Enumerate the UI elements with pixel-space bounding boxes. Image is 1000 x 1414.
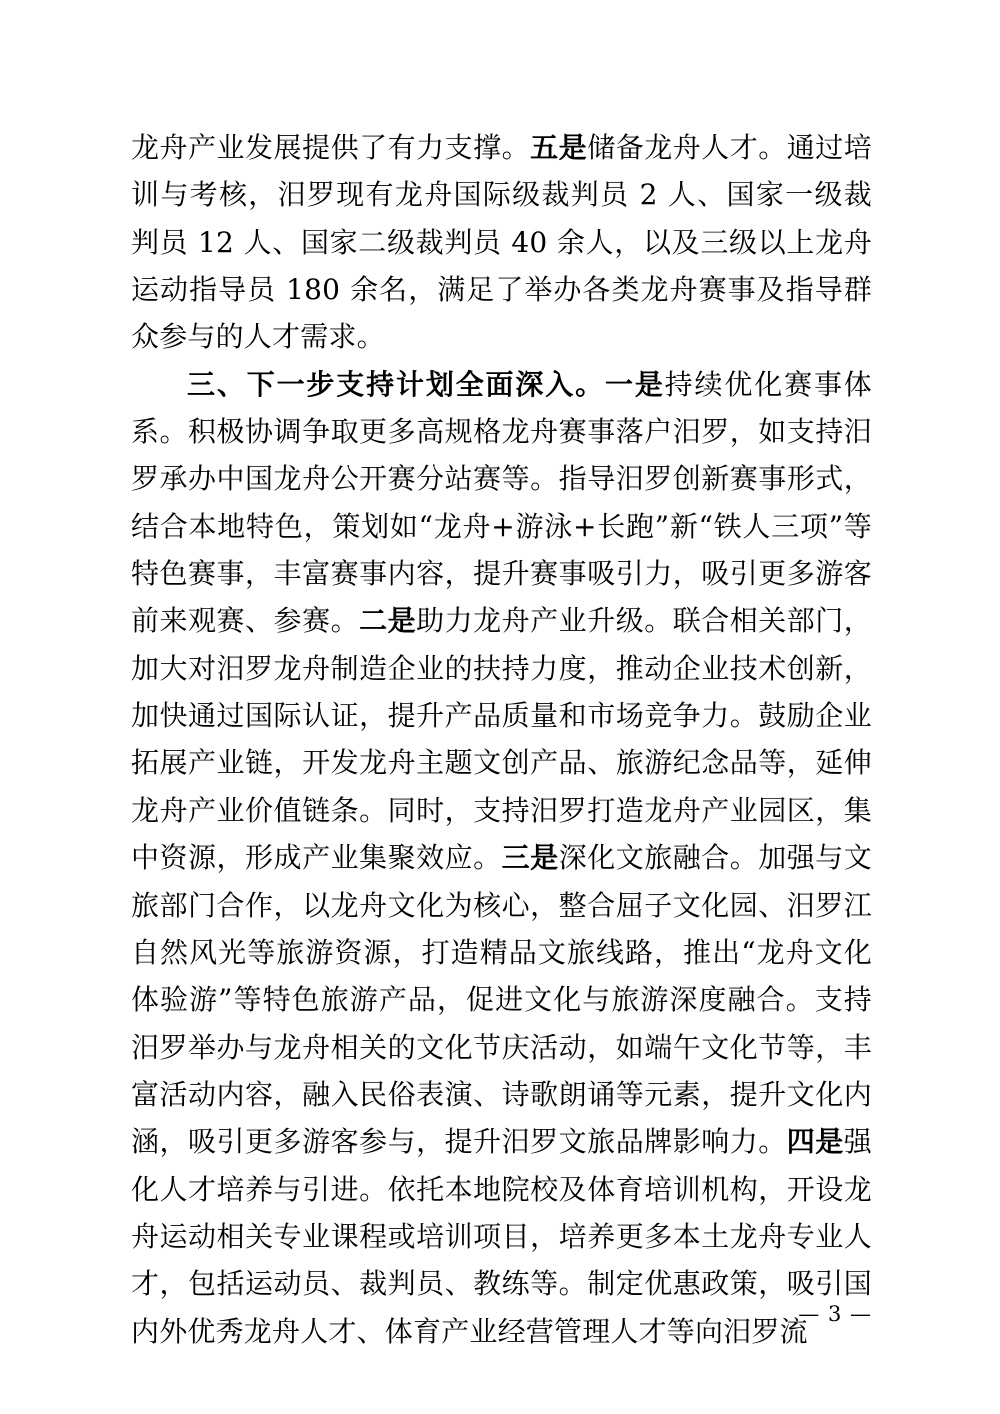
text-segment-bold: 五是	[530, 131, 587, 164]
document-body: 龙舟产业发展提供了有力支撑。五是储备龙舟人才。通过培训与考核，汨罗现有龙舟国际级…	[131, 124, 872, 1355]
document-page: 龙舟产业发展提供了有力支撑。五是储备龙舟人才。通过培训与考核，汨罗现有龙舟国际级…	[0, 0, 1000, 1414]
text-segment: 储备龙舟人才。通过培训与考核，汨罗现有龙舟国际级裁判员 2 人、国家一级裁判员 …	[131, 131, 872, 353]
paragraph: 三、下一步支持计划全面深入。一是持续优化赛事体系。积极协调争取更多高规格龙舟赛事…	[131, 361, 872, 1355]
section-heading-segment: 三、下一步支持计划全面深入。一是	[187, 368, 665, 401]
text-segment: 持续优化赛事体系。积极协调争取更多高规格龙舟赛事落户汨罗，如支持汨罗承办中国龙舟…	[131, 368, 872, 638]
text-segment: 深化文旅融合。加强与文旅部门合作，以龙舟文化为核心，整合屈子文化园、汨罗江自然风…	[131, 841, 872, 1158]
text-segment: 强化人才培养与引进。依托本地院校及体育培训机构，开设龙舟运动相关专业课程或培训项…	[131, 1125, 872, 1347]
text-segment: 龙舟产业发展提供了有力支撑。	[131, 131, 530, 164]
text-segment-bold: 二是	[359, 604, 416, 637]
text-segment: 助力龙舟产业升级。联合相关部门，加大对汨罗龙舟制造企业的扶持力度，推动企业技术创…	[131, 604, 872, 874]
text-segment-bold: 四是	[787, 1125, 844, 1158]
paragraph: 龙舟产业发展提供了有力支撑。五是储备龙舟人才。通过培训与考核，汨罗现有龙舟国际级…	[131, 124, 872, 361]
page-number: — 3 —	[798, 1302, 872, 1326]
text-segment-bold: 三是	[502, 841, 559, 874]
